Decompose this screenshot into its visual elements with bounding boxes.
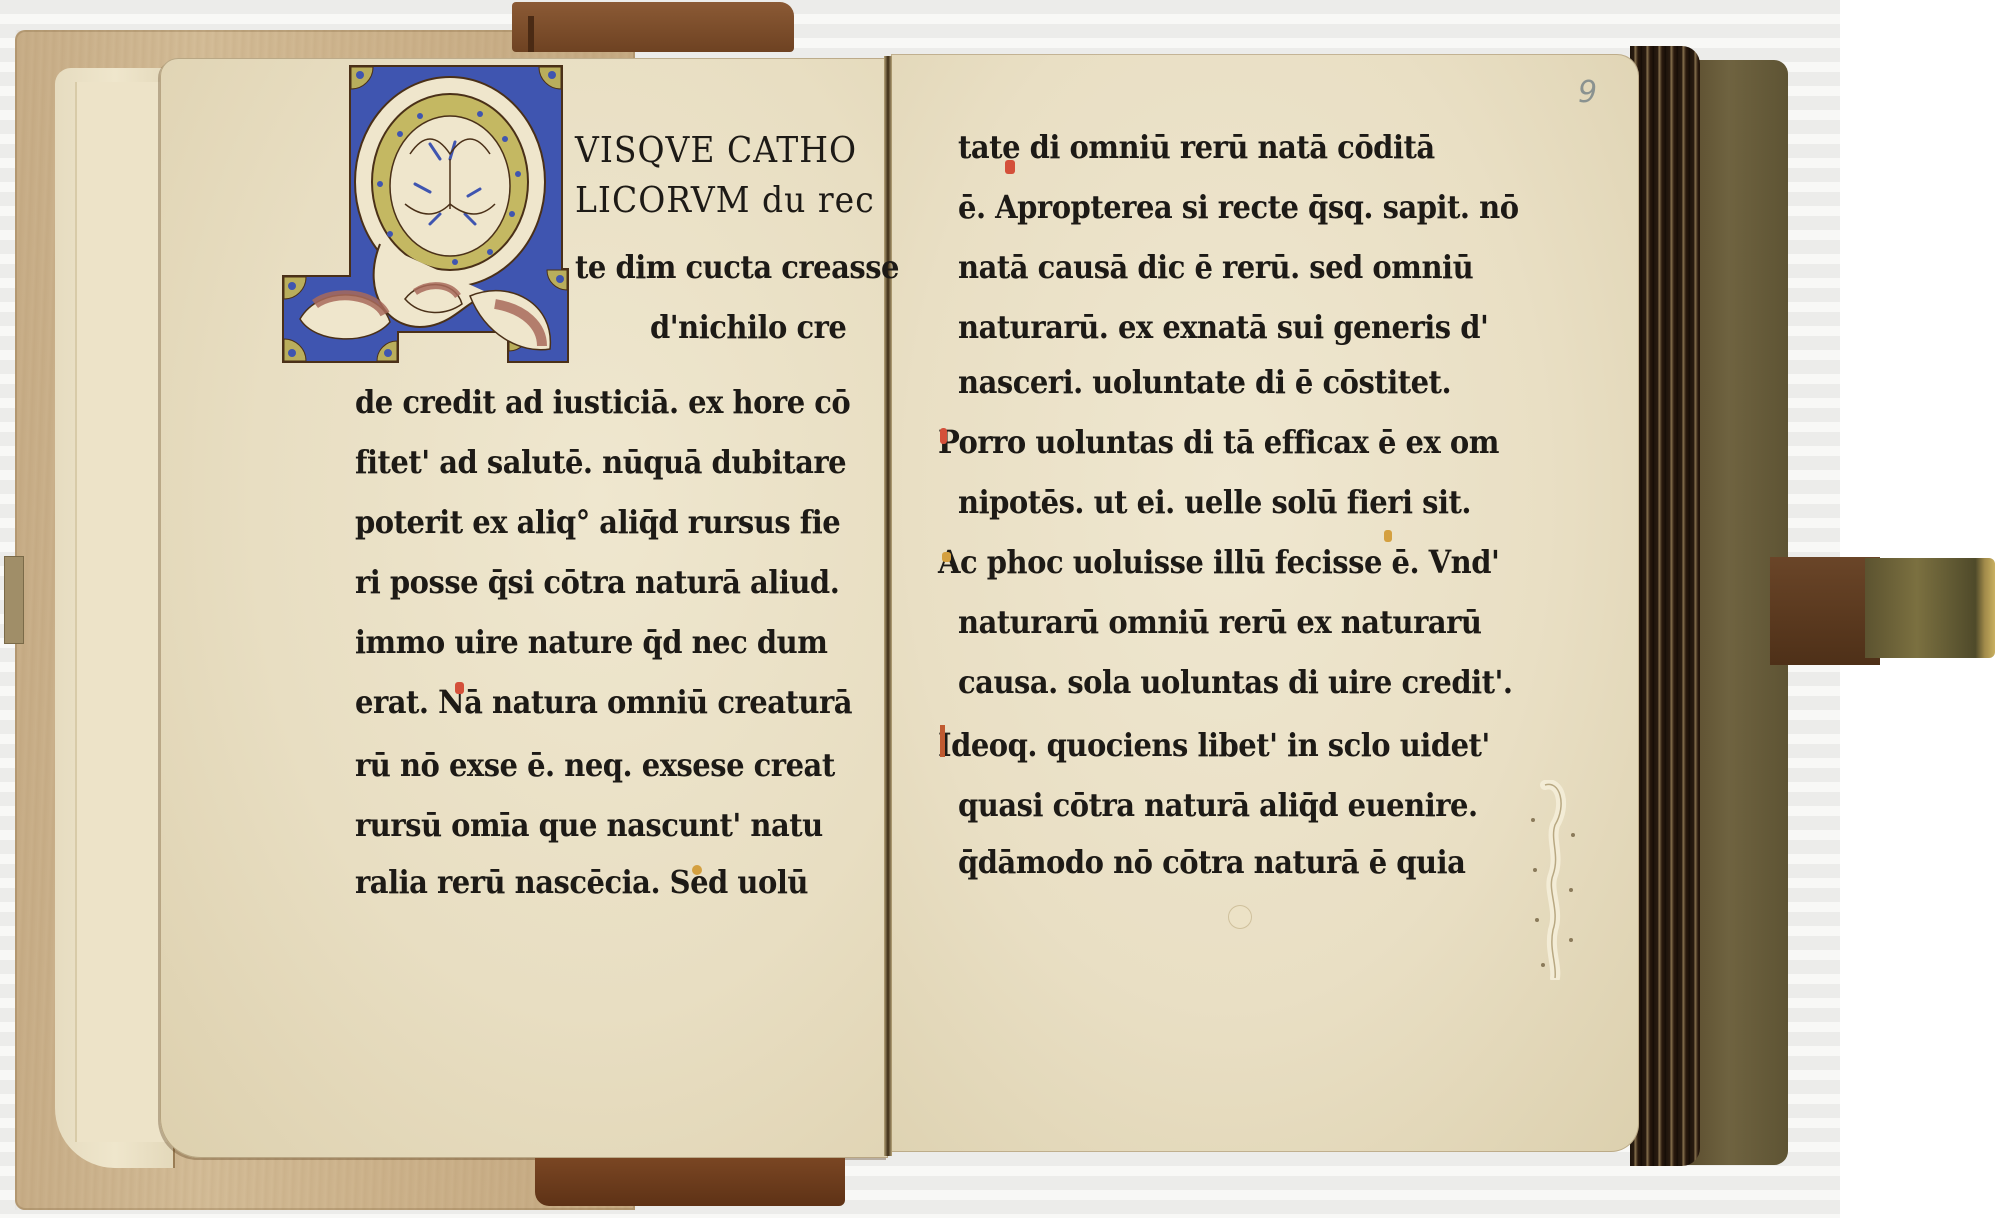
flyleaf-inner	[75, 82, 167, 1142]
left-clasp-pin	[4, 556, 24, 644]
rubric-mark	[942, 552, 951, 562]
text-line: nipotēs. ut ei. uelle solū fieri sit.	[958, 484, 1471, 521]
text-line: rū nō exse ē. neq. exsese creat	[355, 747, 835, 784]
text-line: nasceri. uoluntate di ē cōstitet.	[958, 364, 1451, 401]
text-line: poterit ex aliq° aliq̄d rursus fie	[355, 504, 840, 541]
text-line: tate di omniū rerū natā cōditā	[958, 129, 1435, 166]
text-line: naturarū. ex exnatā sui generis d'	[958, 309, 1488, 346]
rubric-mark	[940, 725, 945, 757]
text-line: LICORVM du rec	[575, 178, 875, 220]
folio-number: 9	[1578, 75, 1597, 110]
text-line: natā causā dic ē rerū. sed omniū	[958, 249, 1473, 286]
text-line: ri posse q̄si cōtra naturā aliud.	[355, 564, 839, 601]
rubric-mark	[1384, 530, 1392, 542]
text-line: quasi cōtra naturā aliq̄d euenire.	[958, 787, 1478, 824]
brass-clasp	[1865, 558, 1995, 658]
text-line: Porro uoluntas di tā efficax ē ex om	[938, 424, 1499, 461]
text-line: Ideoq. quociens libet' in sclo uidet'	[938, 727, 1490, 764]
gutter	[884, 56, 892, 1156]
rubric-mark	[692, 865, 702, 875]
rubric-mark	[455, 682, 464, 694]
parchment-repair-icon	[1525, 780, 1580, 980]
strap-stitch	[528, 16, 534, 52]
rubric-mark	[940, 428, 947, 444]
text-line: ralia rerū nascēcia. Sed uolū	[355, 864, 808, 901]
text-line: te dim cucta creasse	[575, 249, 899, 286]
page-fore-edge	[1630, 46, 1700, 1166]
text-line: fitet' ad salutē. nūquā dubitare	[355, 444, 846, 481]
rubric-mark	[1005, 160, 1015, 174]
text-line: rursū omīa que nascunt' natu	[355, 807, 823, 844]
text-line: Ac phoc uoluisse illū fecisse ē. Vnd'	[938, 544, 1499, 581]
text-line: q̄dāmodo nō cōtra naturā ē quia	[958, 844, 1465, 881]
text-line: immo uire nature q̄d nec dum	[355, 624, 827, 661]
text-line: causa. sola uoluntas di uire credit'.	[958, 664, 1513, 701]
text-line: VISQVE CATHO	[575, 128, 857, 170]
text-line: d'nichilo cre	[650, 309, 846, 346]
text-line: de credit ad iusticiā. ex hore cō	[355, 384, 850, 421]
clasp-strap	[1770, 557, 1880, 665]
parchment-hole	[1228, 905, 1252, 929]
leather-strap-bottom	[535, 1158, 845, 1206]
decorated-initial-icon	[280, 64, 572, 366]
text-line: erat. Nā natura omniū creaturā	[355, 684, 852, 721]
text-line: ē. Apropterea si recte q̄sq. sapit. nō	[958, 189, 1519, 226]
leather-strap-top	[512, 2, 794, 52]
text-line: naturarū omniū rerū ex naturarū	[958, 604, 1482, 641]
